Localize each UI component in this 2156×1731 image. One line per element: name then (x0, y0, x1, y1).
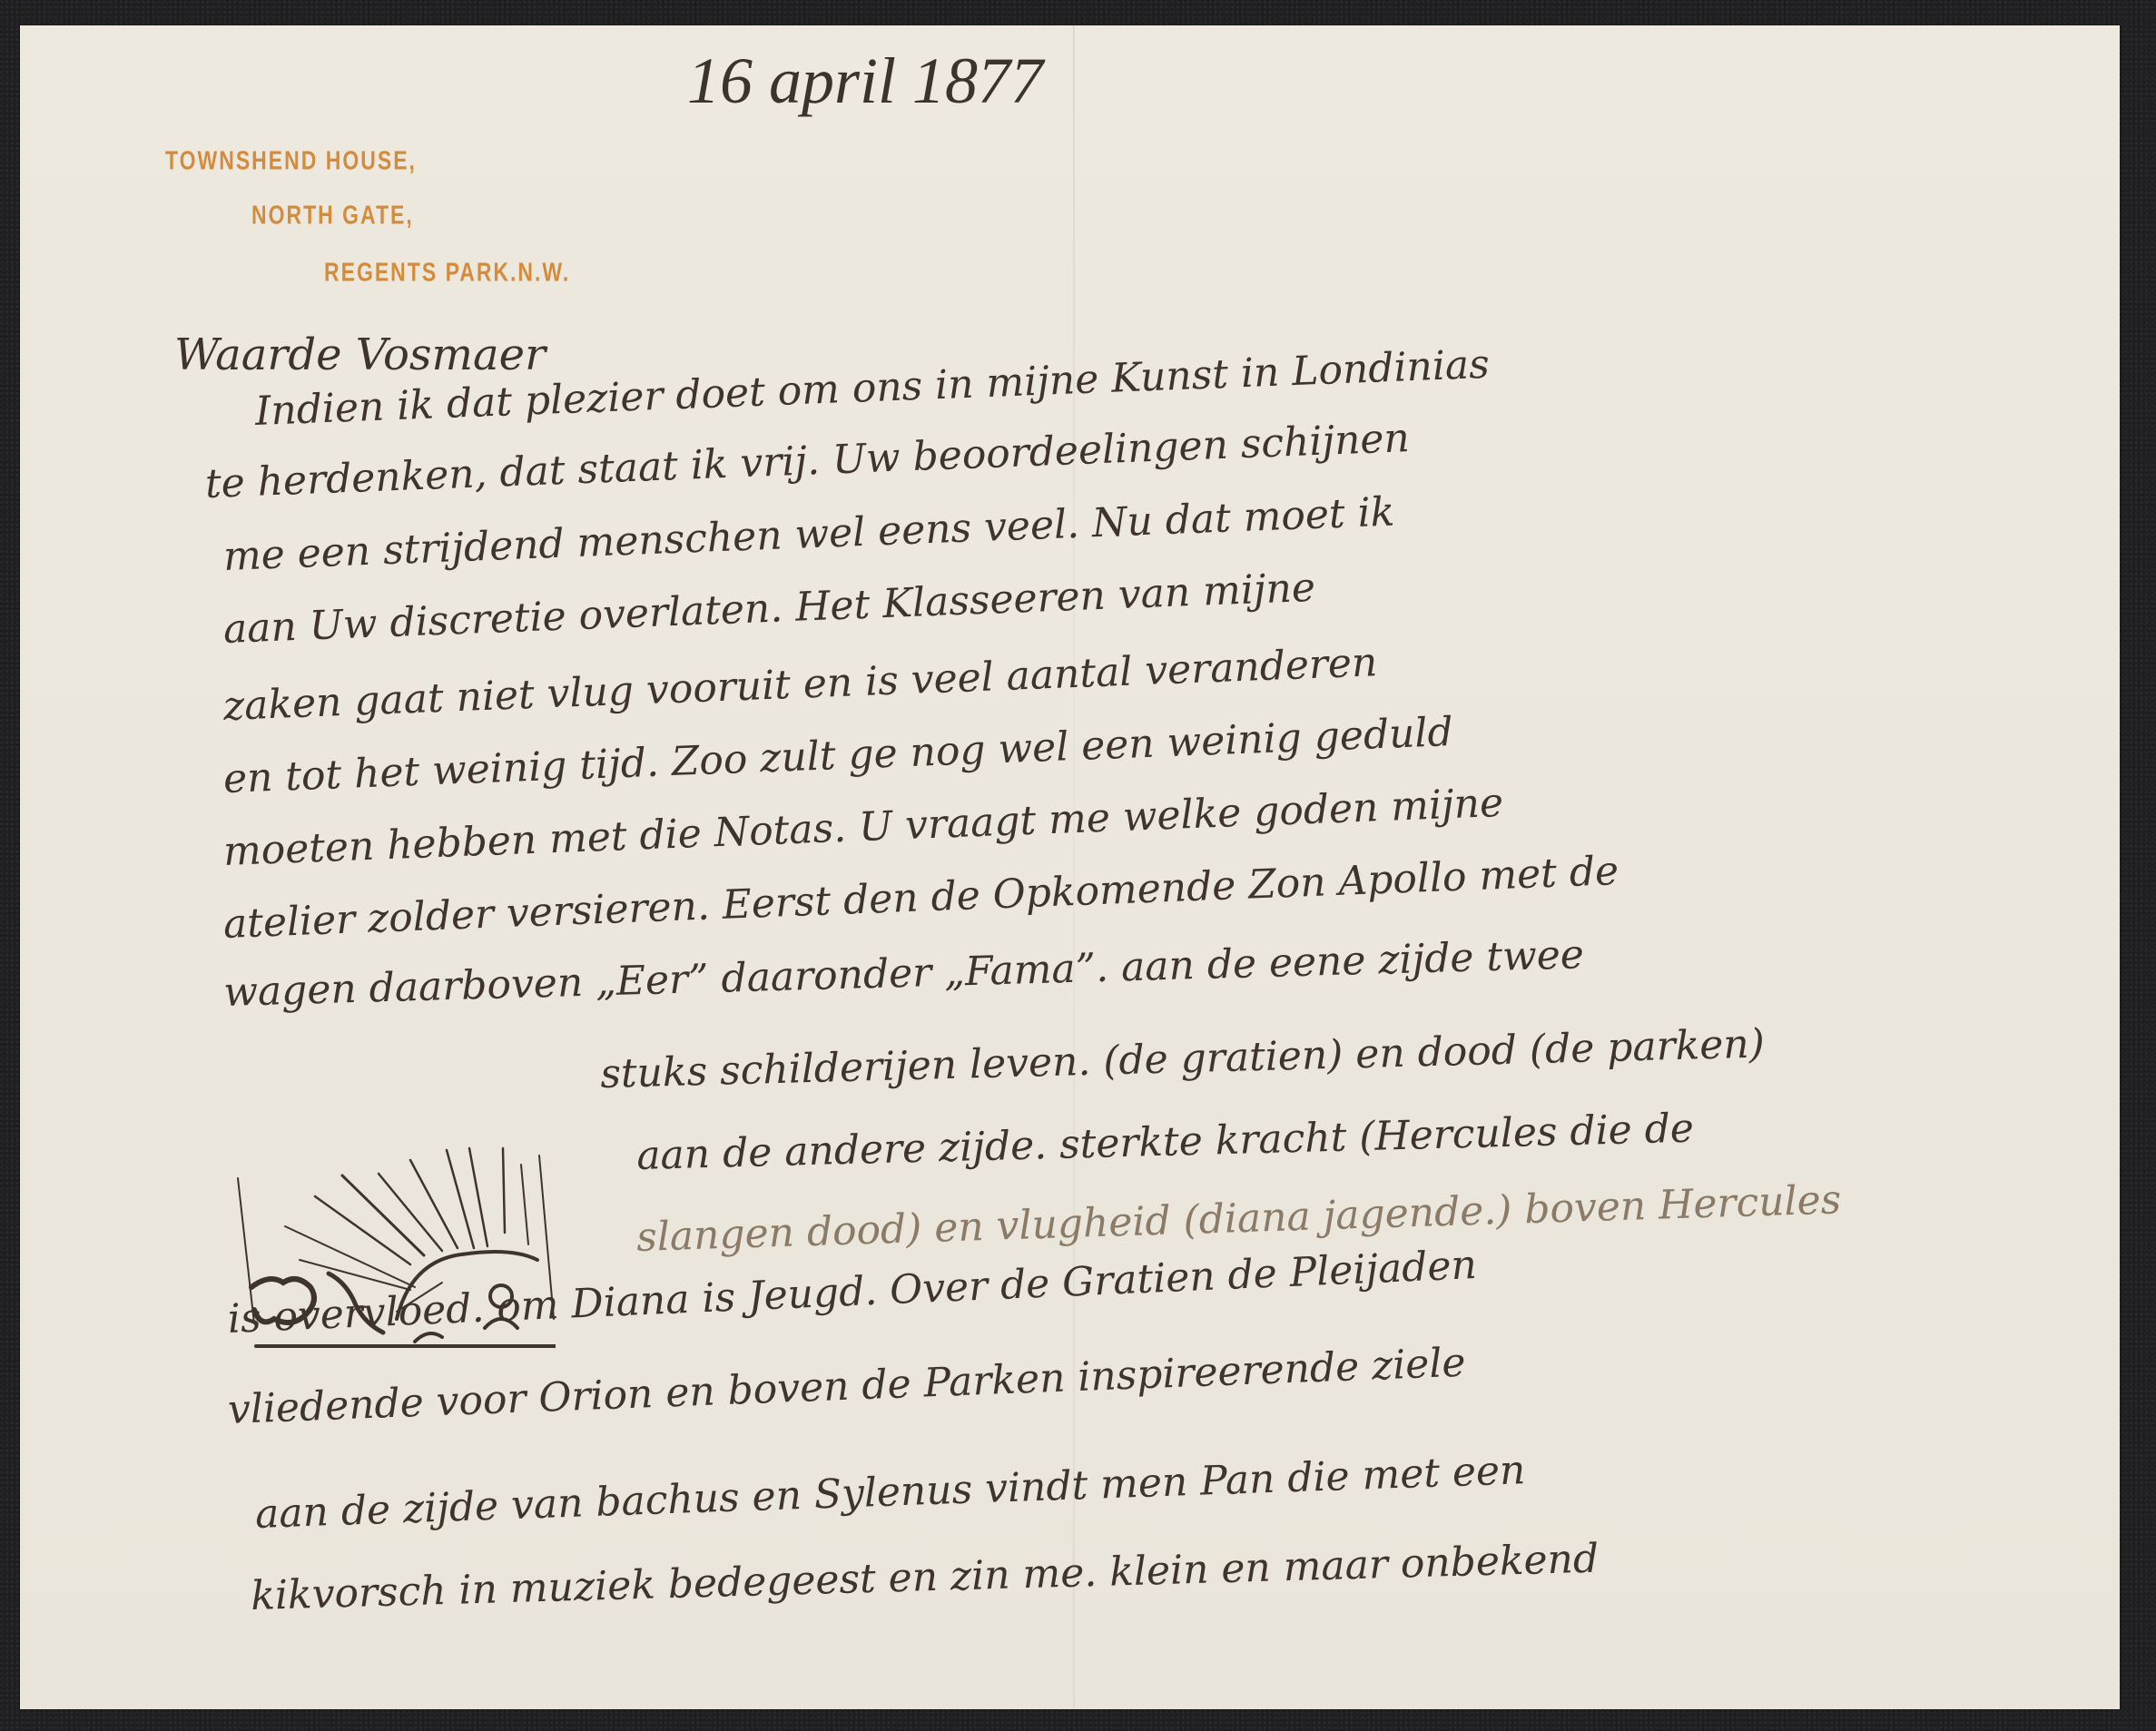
letter-date: 16 april 1877 (687, 44, 1043, 119)
letter-line-12: slangen dood) en vlugheid (diana jagende… (635, 1176, 1842, 1261)
letter-line-9: wagen daarboven „Eer” daaronder „Fama”. … (223, 931, 1585, 1016)
letter-line-15: aan de zijde van bachus en Sylenus vindt… (254, 1447, 1526, 1538)
letter-line-3: me een strijdend menschen wel eens veel.… (222, 488, 1395, 580)
letter-line-5: zaken gaat niet vlug vooruit en is veel … (222, 639, 1378, 730)
letterhead-line-3: REGENTS PARK.N.W. (324, 257, 570, 288)
letter-page: TOWNSHEND HOUSE, NORTH GATE, REGENTS PAR… (20, 25, 2120, 1709)
sun-rays-sketch-icon (229, 1137, 556, 1355)
letter-line-4: aan Uw discretie overlaten. Het Klasseer… (222, 565, 1316, 653)
letter-line-16: kikvorsch in muziek bedegeest en zin me.… (251, 1536, 1600, 1619)
letterhead-line-1: TOWNSHEND HOUSE, (165, 145, 417, 176)
letterhead-line-2: NORTH GATE, (251, 200, 414, 231)
center-fold (1073, 25, 1075, 1709)
letter-line-10: stuks schilderijen leven. (de gratien) e… (600, 1020, 1766, 1097)
salutation: Waarde Vosmaer (174, 329, 546, 380)
letter-line-11: aan de andere zijde. sterkte kracht (Her… (636, 1106, 1695, 1179)
